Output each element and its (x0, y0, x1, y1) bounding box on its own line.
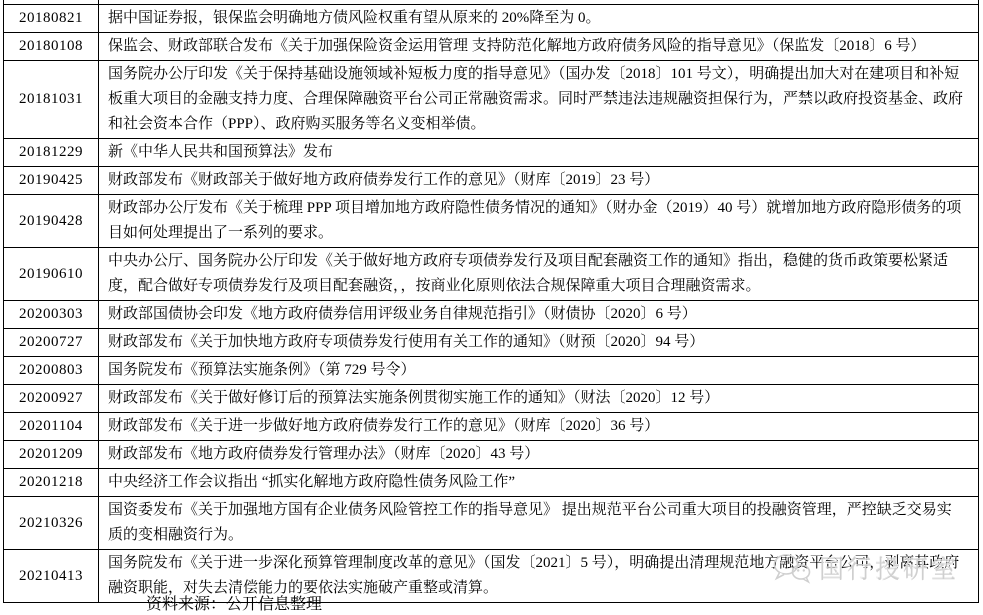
date-cell (4, 0, 99, 4)
date-cell: 20181031 (4, 61, 99, 138)
date-cell: 20201209 (4, 441, 99, 468)
date-cell: 20200803 (4, 357, 99, 384)
table-row: 20201104 财政部发布《关于进一步做好地方政府债券发行工作的意见》（财库〔… (4, 412, 978, 440)
date-cell: 20180108 (4, 33, 99, 60)
policy-text-cell: 国务院发布《预算法实施条例》（第 729 号令） (99, 357, 978, 384)
date-cell: 20210413 (4, 550, 99, 602)
policy-text-cell: 国务院办公厅印发《关于保持基础设施领域补短板力度的指导意见》（国办发〔2018〕… (99, 61, 978, 138)
policy-text-cell: 保监会、财政部联合发布《关于加强保险资金运用管理 支持防范化解地方政府债务风险的… (99, 33, 978, 60)
source-note: 资料来源：公开信息整理 (146, 591, 322, 614)
policy-text-cell: 财政部发布《关于做好修订后的预算法实施条例贯彻实施工作的通知》（财法〔2020〕… (99, 385, 978, 412)
policy-text-cell (99, 0, 978, 4)
table-row: 20201218 中央经济工作会议指出 “抓实化解地方政府隐性债务风险工作” (4, 468, 978, 496)
date-cell: 20200303 (4, 301, 99, 328)
table-row: 20200927 财政部发布《关于做好修订后的预算法实施条例贯彻实施工作的通知》… (4, 384, 978, 412)
table-row: 20200727 财政部发布《关于加快地方政府专项债券发行使用有关工作的通知》（… (4, 328, 978, 356)
policy-text-cell: 中央经济工作会议指出 “抓实化解地方政府隐性债务风险工作” (99, 469, 978, 496)
policy-text-cell: 中央办公厅、国务院办公厅印发《关于做好地方政府专项债券发行及项目配套融资工作的通… (99, 248, 978, 300)
date-cell: 20190428 (4, 195, 99, 247)
date-cell: 20210326 (4, 497, 99, 549)
policy-text-cell: 财政部发布《财政部关于做好地方政府债券发行工作的意见》（财库〔2019〕23 号… (99, 167, 978, 194)
date-cell: 20200927 (4, 385, 99, 412)
date-cell: 20180821 (4, 5, 99, 32)
policy-text-cell: 财政部国债协会印发《地方政府债券信用评级业务自律规范指引》（财债协〔2020〕6… (99, 301, 978, 328)
policy-text-cell: 财政部发布《地方政府债券发行管理办法》（财库〔2020〕43 号） (99, 441, 978, 468)
policy-text-cell: 国资委发布《关于加强地方国有企业债务风险管控工作的指导意见》 提出规范平台公司重… (99, 497, 978, 549)
table-row-clipped (4, 0, 978, 4)
table-row: 20200803 国务院发布《预算法实施条例》（第 729 号令） (4, 356, 978, 384)
policy-timeline-table: 20180821 据中国证券报，银保监会明确地方债风险权重有望从原来的 20%降… (3, 0, 979, 603)
date-cell: 20190425 (4, 167, 99, 194)
table-row: 20200303 财政部国债协会印发《地方政府债券信用评级业务自律规范指引》（财… (4, 300, 978, 328)
date-cell: 20201104 (4, 413, 99, 440)
table-row: 20201209 财政部发布《地方政府债券发行管理办法》（财库〔2020〕43 … (4, 440, 978, 468)
policy-text-cell: 新《中华人民共和国预算法》发布 (99, 139, 978, 166)
date-cell: 20190610 (4, 248, 99, 300)
table-row: 20181229 新《中华人民共和国预算法》发布 (4, 138, 978, 166)
table-row: 20181031 国务院办公厅印发《关于保持基础设施领域补短板力度的指导意见》（… (4, 60, 978, 138)
policy-text-cell: 据中国证券报，银保监会明确地方债风险权重有望从原来的 20%降至为 0。 (99, 5, 978, 32)
table-row: 20190425 财政部发布《财政部关于做好地方政府债券发行工作的意见》（财库〔… (4, 166, 978, 194)
date-cell: 20201218 (4, 469, 99, 496)
policy-text-cell: 财政部发布《关于加快地方政府专项债券发行使用有关工作的通知》（财预〔2020〕9… (99, 329, 978, 356)
date-cell: 20200727 (4, 329, 99, 356)
page: 20180821 据中国证券报，银保监会明确地方债风险权重有望从原来的 20%降… (0, 0, 983, 615)
table-row: 20180821 据中国证券报，银保监会明确地方债风险权重有望从原来的 20%降… (4, 4, 978, 32)
table-row: 20210326 国资委发布《关于加强地方国有企业债务风险管控工作的指导意见》 … (4, 496, 978, 549)
date-cell: 20181229 (4, 139, 99, 166)
policy-text-cell: 财政部发布《关于进一步做好地方政府债券发行工作的意见》（财库〔2020〕36 号… (99, 413, 978, 440)
table-row: 20180108 保监会、财政部联合发布《关于加强保险资金运用管理 支持防范化解… (4, 32, 978, 60)
table-row: 20190428 财政部办公厅发布《关于梳理 PPP 项目增加地方政府隐性债务情… (4, 194, 978, 247)
table-row: 20190610 中央办公厅、国务院办公厅印发《关于做好地方政府专项债券发行及项… (4, 247, 978, 300)
policy-text-cell: 财政部办公厅发布《关于梳理 PPP 项目增加地方政府隐性债务情况的通知》（财办金… (99, 195, 978, 247)
